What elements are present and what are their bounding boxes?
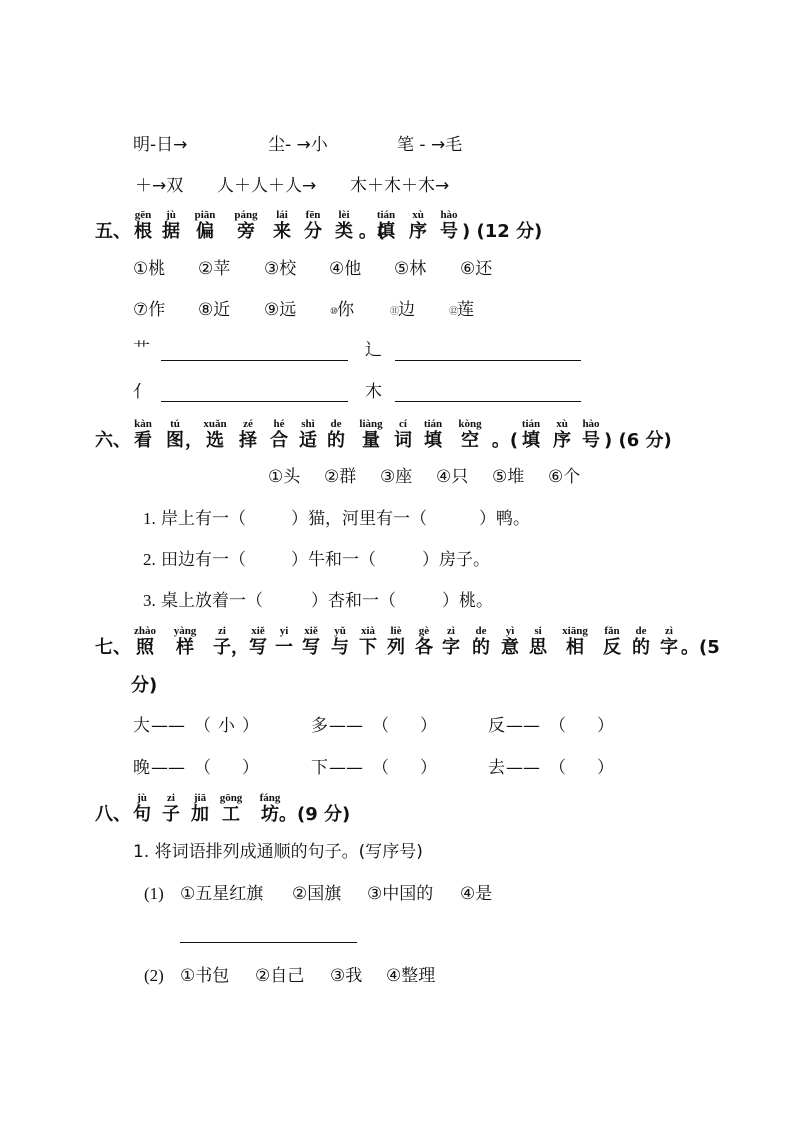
section-5-score: ) (12 分) <box>462 221 542 243</box>
measure-word-option: ⑤堆 <box>492 467 524 487</box>
option-item: ⑤林 <box>394 259 426 279</box>
compose-item-1: 明-日→ <box>133 135 187 155</box>
sub-question-1-title: 1. 将词语排列成通顺的句子。(写序号) <box>133 842 423 862</box>
option-item: ③校 <box>264 259 296 279</box>
answer-line-wood[interactable] <box>395 401 581 402</box>
measure-word-option: ⑥个 <box>548 467 580 487</box>
radical-label-walk: 辶 <box>365 340 382 360</box>
section-5-number: 五、 <box>95 221 131 243</box>
section-6-number: 六、 <box>95 430 131 452</box>
compose-item-3: 笔 - →毛 <box>397 135 462 155</box>
section-8-score: 。(9 分) <box>279 804 350 826</box>
compose-item-6: 木＋木＋木→ <box>350 176 449 196</box>
option-item: ④他 <box>329 259 361 279</box>
measure-word-option: ①头 <box>268 467 300 487</box>
compose-item-5: 人＋人＋人→ <box>217 176 316 196</box>
answer-line-grass[interactable] <box>161 360 348 361</box>
measure-word-option: ④只 <box>436 467 468 487</box>
radical-label-wood: 木 <box>365 382 382 402</box>
option-item: ①桃 <box>133 259 165 279</box>
option-item: ⑫莲 <box>449 300 474 322</box>
option-item: ⑦作 <box>133 300 165 320</box>
option-item: ⑩你 <box>330 300 354 322</box>
option-item: ⑪边 <box>390 300 415 322</box>
measure-word-option: ②群 <box>324 467 356 487</box>
answer-line-person[interactable] <box>161 401 348 402</box>
compose-item-4: ＋→双 <box>135 176 183 196</box>
section-7-score-wrap: 分) <box>131 675 157 697</box>
section-8-number: 八、 <box>95 804 131 826</box>
answer-line-reorder-1[interactable] <box>180 942 357 943</box>
antonym-answer-1[interactable]: 小 <box>218 716 235 736</box>
option-item: ⑧近 <box>198 300 230 320</box>
measure-word-option: ③座 <box>380 467 412 487</box>
section-6-score: ) (6 分) <box>604 430 672 452</box>
section-7-number: 七、 <box>95 637 131 659</box>
answer-line-walk[interactable] <box>395 360 581 361</box>
option-item: ②苹 <box>198 259 230 279</box>
compose-item-2: 尘- →小 <box>268 135 328 155</box>
option-item: ⑥还 <box>460 259 492 279</box>
option-item: ⑨远 <box>264 300 296 320</box>
radical-label-person: 亻 <box>133 382 150 402</box>
radical-label-grass: 艹 <box>133 340 150 360</box>
